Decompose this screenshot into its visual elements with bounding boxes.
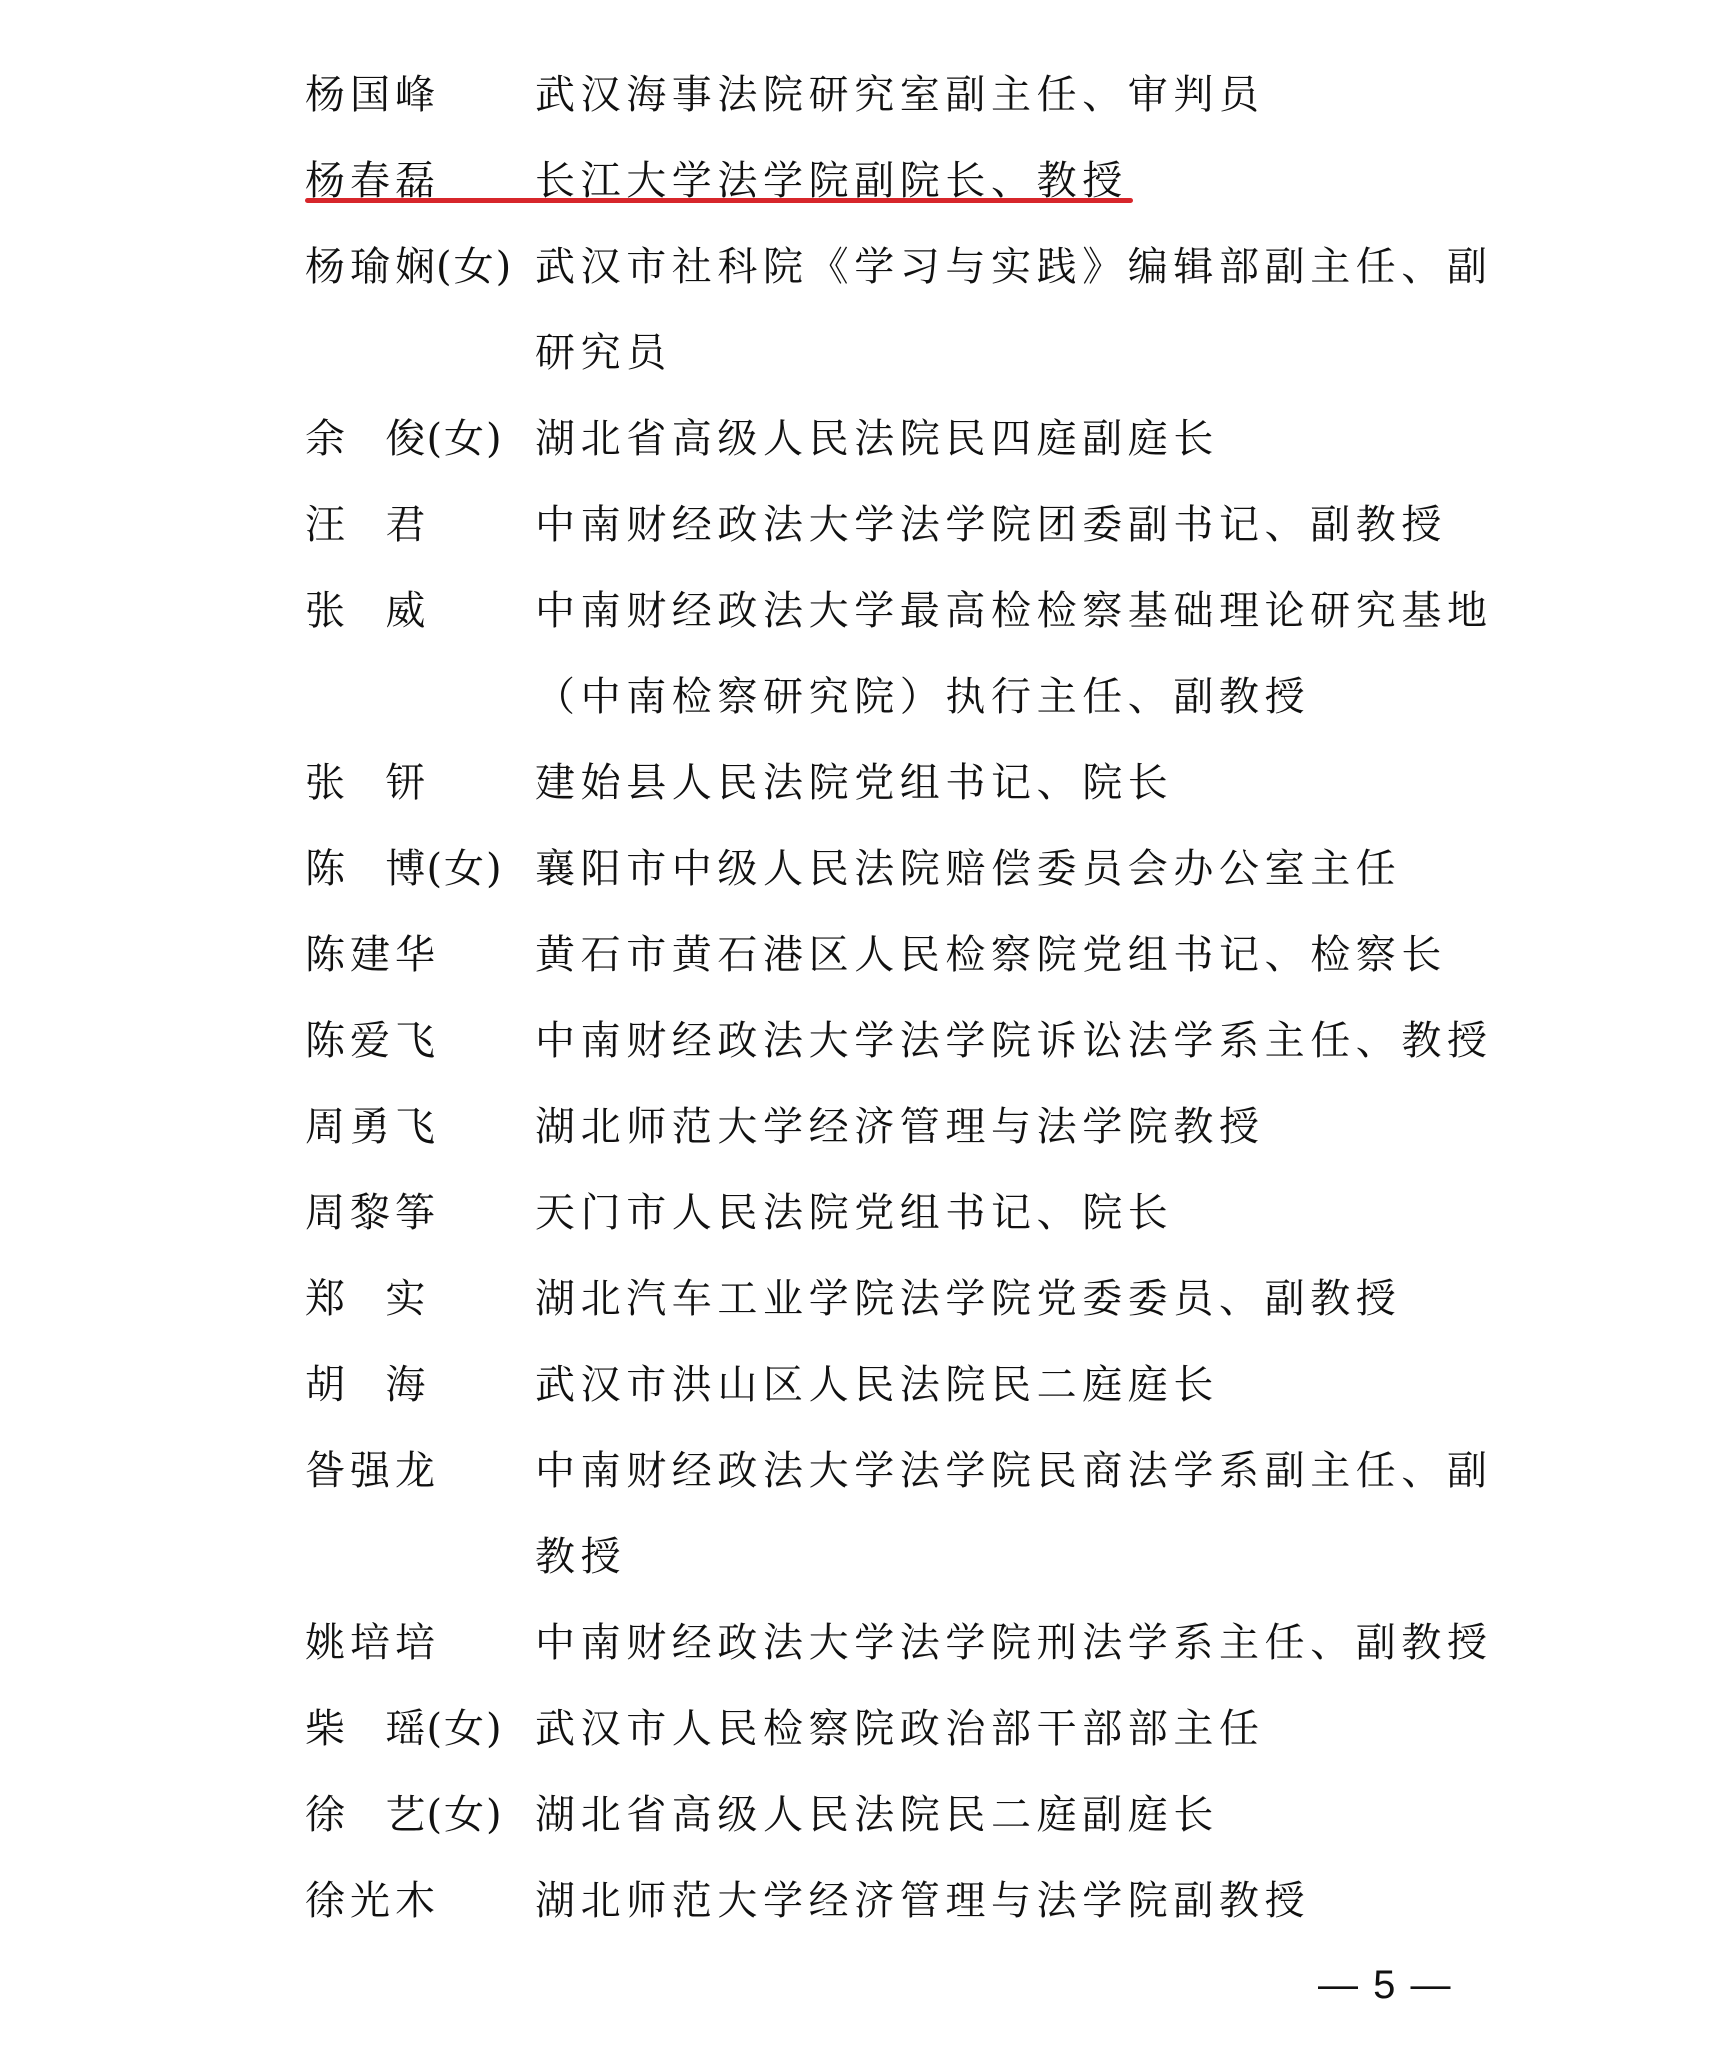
member-list: 杨国峰 武汉海事法院研究室副主任、审判员 杨春磊 长江大学法学院副院长、教授 杨…: [305, 52, 1505, 1944]
member-name: 余 俊: [305, 396, 430, 482]
member-name: 张 钘: [305, 740, 430, 826]
member-title: 中南财经政法大学最高检检察基础理论研究基地: [535, 568, 1505, 654]
member-title-continued: 教授: [535, 1514, 1505, 1600]
member-title: 湖北师范大学经济管理与法学院副教授: [535, 1858, 1505, 1944]
member-title: 中南财经政法大学法学院团委副书记、副教授: [535, 482, 1505, 568]
member-gender: (女): [426, 826, 503, 912]
member-title: 武汉海事法院研究室副主任、审判员: [535, 52, 1505, 138]
page-number: — 5 —: [1318, 1960, 1452, 2010]
member-title: 湖北省高级人民法院民四庭副庭长: [535, 396, 1505, 482]
document-page: 杨国峰 武汉海事法院研究室副主任、审判员 杨春磊 长江大学法学院副院长、教授 杨…: [0, 0, 1732, 2052]
member-title: 黄石市黄石港区人民检察院党组书记、检察长: [535, 912, 1505, 998]
list-item: 昝强龙 中南财经政法大学法学院民商法学系副主任、副 教授: [305, 1428, 1505, 1600]
member-title: 中南财经政法大学法学院刑法学系主任、副教授: [535, 1600, 1505, 1686]
list-item: 张 威 中南财经政法大学最高检检察基础理论研究基地 （中南检察研究院）执行主任、…: [305, 568, 1505, 740]
member-name: 姚培培: [305, 1600, 440, 1686]
member-title: 湖北汽车工业学院法学院党委委员、副教授: [535, 1256, 1505, 1342]
list-item: 周黎筝 天门市人民法院党组书记、院长: [305, 1170, 1505, 1256]
member-name: 杨瑜娴: [305, 224, 440, 310]
member-title: 中南财经政法大学法学院民商法学系副主任、副: [535, 1428, 1505, 1514]
member-title: 天门市人民法院党组书记、院长: [535, 1170, 1505, 1256]
member-title-continued: （中南检察研究院）执行主任、副教授: [535, 654, 1505, 740]
list-item: 杨瑜娴 (女) 武汉市社科院《学习与实践》编辑部副主任、副 研究员: [305, 224, 1505, 396]
list-item: 徐 艺 (女) 湖北省高级人民法院民二庭副庭长: [305, 1772, 1505, 1858]
list-item-highlighted: 杨春磊 长江大学法学院副院长、教授: [305, 138, 1505, 224]
list-item: 陈 博 (女) 襄阳市中级人民法院赔偿委员会办公室主任: [305, 826, 1505, 912]
list-item: 胡 海 武汉市洪山区人民法院民二庭庭长: [305, 1342, 1505, 1428]
member-title: 湖北师范大学经济管理与法学院教授: [535, 1084, 1505, 1170]
member-name: 张 威: [305, 568, 430, 654]
member-title: 襄阳市中级人民法院赔偿委员会办公室主任: [535, 826, 1505, 912]
member-name: 陈爱飞: [305, 998, 440, 1084]
member-gender: (女): [436, 224, 513, 310]
member-title: 武汉市人民检察院政治部干部部主任: [535, 1686, 1505, 1772]
member-name: 徐 艺: [305, 1772, 430, 1858]
member-name: 周黎筝: [305, 1170, 440, 1256]
member-title: 长江大学法学院副院长、教授: [535, 138, 1505, 224]
list-item: 张 钘 建始县人民法院党组书记、院长: [305, 740, 1505, 826]
list-item: 柴 瑶 (女) 武汉市人民检察院政治部干部部主任: [305, 1686, 1505, 1772]
list-item: 陈建华 黄石市黄石港区人民检察院党组书记、检察长: [305, 912, 1505, 998]
member-title: 中南财经政法大学法学院诉讼法学系主任、教授: [535, 998, 1505, 1084]
member-name: 徐光木: [305, 1858, 440, 1944]
member-gender: (女): [426, 1772, 503, 1858]
member-title: 武汉市社科院《学习与实践》编辑部副主任、副: [535, 224, 1505, 310]
member-title-continued: 研究员: [535, 310, 1505, 396]
list-item: 周勇飞 湖北师范大学经济管理与法学院教授: [305, 1084, 1505, 1170]
member-title: 武汉市洪山区人民法院民二庭庭长: [535, 1342, 1505, 1428]
member-name: 陈 博: [305, 826, 430, 912]
list-item: 余 俊 (女) 湖北省高级人民法院民四庭副庭长: [305, 396, 1505, 482]
member-name: 胡 海: [305, 1342, 430, 1428]
member-name: 汪 君: [305, 482, 430, 568]
list-item: 杨国峰 武汉海事法院研究室副主任、审判员: [305, 52, 1505, 138]
member-name: 杨春磊: [305, 138, 440, 224]
list-item: 汪 君 中南财经政法大学法学院团委副书记、副教授: [305, 482, 1505, 568]
member-title: 湖北省高级人民法院民二庭副庭长: [535, 1772, 1505, 1858]
member-name: 郑 实: [305, 1256, 430, 1342]
list-item: 郑 实 湖北汽车工业学院法学院党委委员、副教授: [305, 1256, 1505, 1342]
list-item: 徐光木 湖北师范大学经济管理与法学院副教授: [305, 1858, 1505, 1944]
list-item: 陈爱飞 中南财经政法大学法学院诉讼法学系主任、教授: [305, 998, 1505, 1084]
list-item: 姚培培 中南财经政法大学法学院刑法学系主任、副教授: [305, 1600, 1505, 1686]
member-title: 建始县人民法院党组书记、院长: [535, 740, 1505, 826]
member-name: 柴 瑶: [305, 1686, 430, 1772]
member-name: 昝强龙: [305, 1428, 440, 1514]
member-name: 周勇飞: [305, 1084, 440, 1170]
member-name: 杨国峰: [305, 52, 440, 138]
member-gender: (女): [426, 396, 503, 482]
member-gender: (女): [426, 1686, 503, 1772]
member-name: 陈建华: [305, 912, 440, 998]
